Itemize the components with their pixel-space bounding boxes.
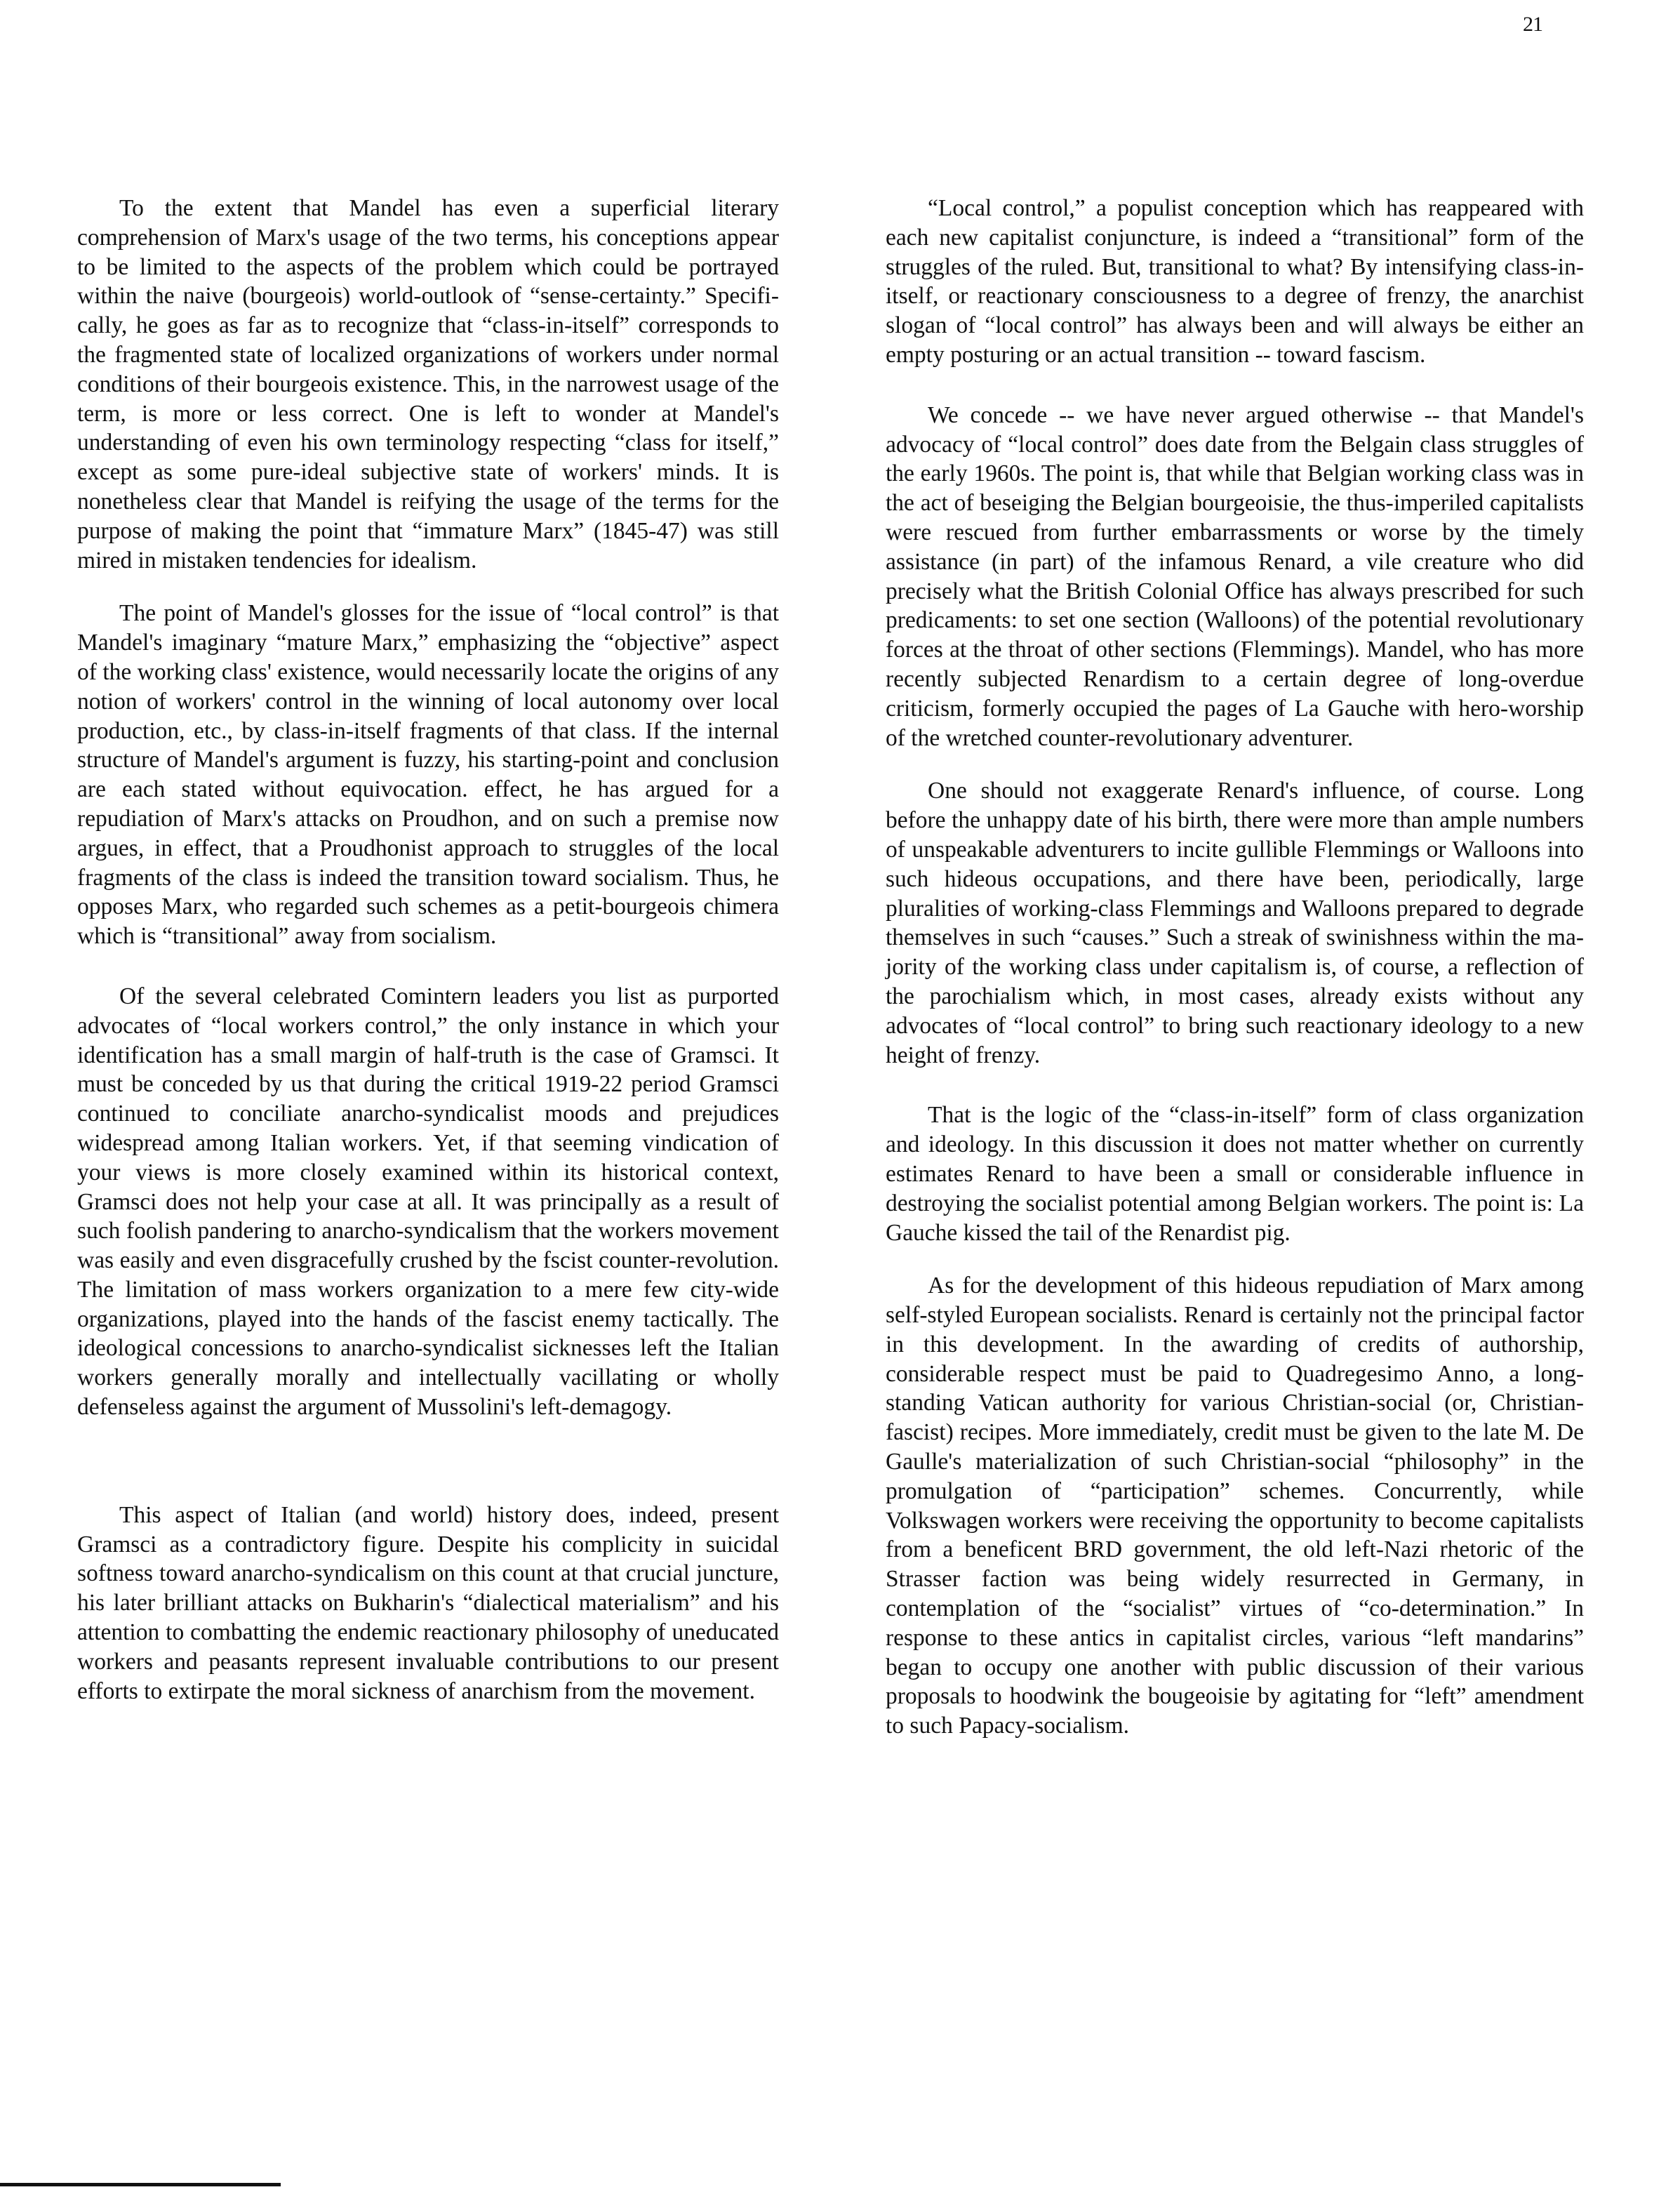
paragraph-local-control-gloss: The point of Mandel's glosses for the is…: [77, 599, 779, 951]
right-column: “Local control,” a populist conception w…: [886, 194, 1584, 1741]
paragraph-papacy-socialism: As for the development of this hideous r…: [886, 1271, 1584, 1741]
page-number: 21: [1523, 13, 1542, 36]
paragraph-gramsci-contradictory: This aspect of Italian (and world) histo…: [77, 1501, 779, 1706]
left-column: To the extent that Mandel has even a sup…: [77, 194, 779, 1706]
paragraph-local-control-populist: “Local control,” a populist conception w…: [886, 194, 1584, 370]
paragraph-belgian-struggles: We concede -- we have never argued other…: [886, 401, 1584, 753]
paragraph-class-in-itself-logic: That is the logic of the “class-in-itsel…: [886, 1101, 1584, 1247]
paragraph-mandel-terms: To the extent that Mandel has even a sup…: [77, 194, 779, 575]
paragraph-gramsci-comintern: Of the several celebrated Comintern lead…: [77, 982, 779, 1422]
paragraph-renard-influence: One should not exaggerate Renard's influ…: [886, 776, 1584, 1070]
scan-edge-rule: [0, 2183, 281, 2186]
